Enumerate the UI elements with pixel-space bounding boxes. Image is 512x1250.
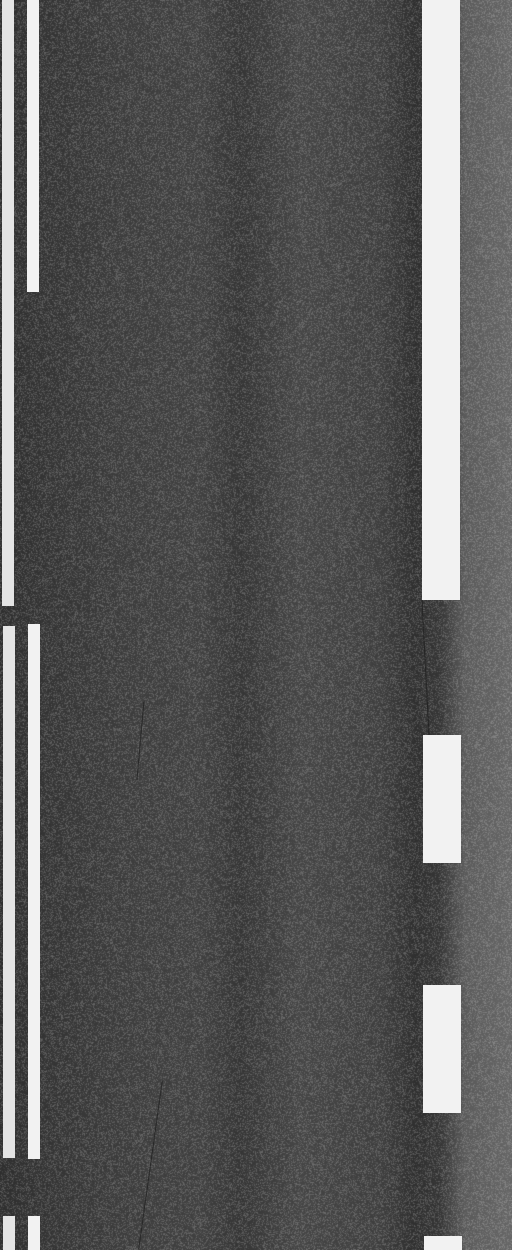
left-inner-line-segment: [28, 624, 40, 1159]
left-inner-line-segment: [27, 0, 39, 292]
left-outer-line-segment: [3, 626, 15, 1158]
left-outer-line-segment: [2, 0, 14, 606]
left-inner-line-segment: [28, 1216, 40, 1250]
road-surface-image: [0, 0, 512, 1250]
left-outer-line-segment: [3, 1216, 15, 1250]
right-dashed-line-segment: [423, 735, 461, 863]
right-dashed-line-segment: [422, 0, 460, 600]
right-dashed-line-segment: [423, 985, 461, 1113]
right-dashed-line-segment: [424, 1236, 462, 1250]
